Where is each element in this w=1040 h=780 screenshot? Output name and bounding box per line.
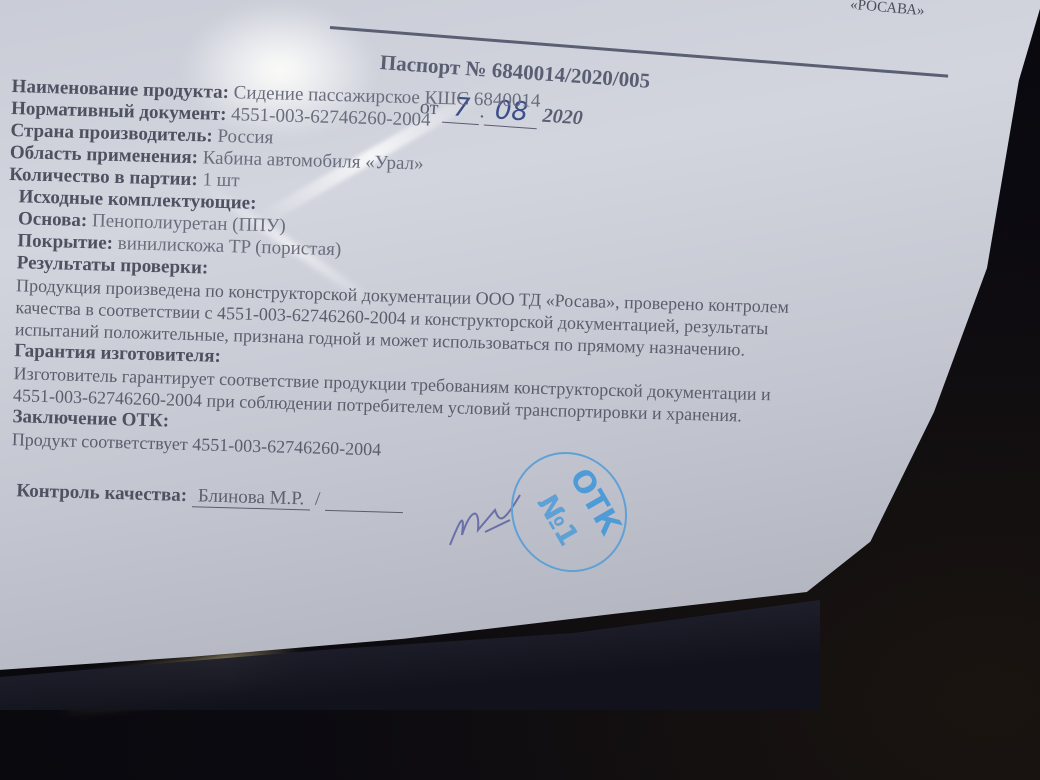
inspector-name: Блинова М.Р.	[192, 485, 311, 510]
signature-line	[325, 489, 404, 513]
document-body: Наименование продукта: Сидение пассажирс…	[0, 76, 912, 527]
